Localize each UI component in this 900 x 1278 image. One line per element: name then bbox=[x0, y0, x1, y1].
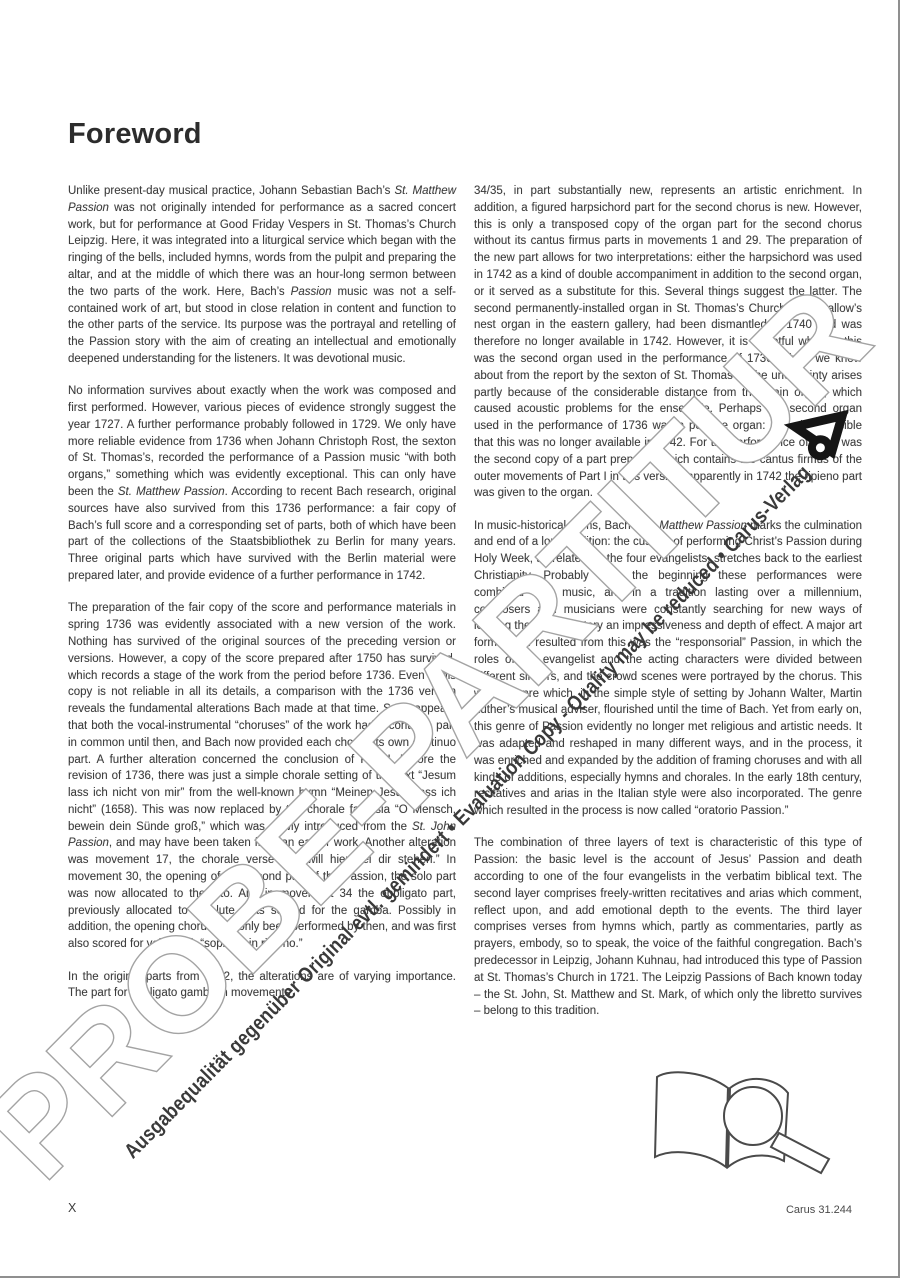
footer-edition-number: Carus 31.244 bbox=[786, 1204, 852, 1216]
paragraph: The combination of three layers of text … bbox=[474, 835, 862, 1020]
paragraph: 34/35, in part substantially new, repres… bbox=[474, 183, 862, 502]
text-column-right: 34/35, in part substantially new, repres… bbox=[474, 183, 862, 1036]
text-column-left: Unlike present-day musical practice, Joh… bbox=[68, 183, 456, 1018]
footer-page-number: X bbox=[68, 1201, 76, 1215]
paragraph: The preparation of the fair copy of the … bbox=[68, 600, 456, 953]
paragraph: In music-historical terms, Bach’s St. Ma… bbox=[474, 518, 862, 820]
document-page: Foreword Unlike present-day musical prac… bbox=[0, 0, 900, 1278]
book-magnifier-icon bbox=[655, 1072, 829, 1173]
page-title: Foreword bbox=[68, 118, 202, 151]
paragraph: No information survives about exactly wh… bbox=[68, 383, 456, 585]
paragraph: Unlike present-day musical practice, Joh… bbox=[68, 183, 456, 368]
paragraph: In the original parts from 1742, the alt… bbox=[68, 969, 456, 1003]
